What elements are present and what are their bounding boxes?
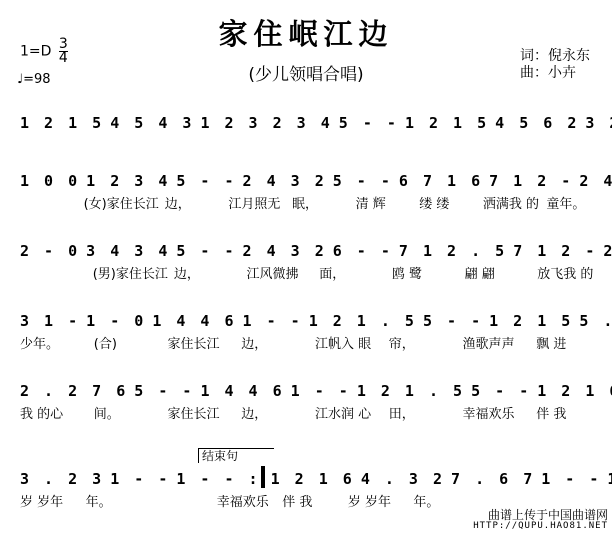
measure: 6 - - <box>327 242 393 260</box>
measure: 2 4 3 . 2 <box>597 242 612 260</box>
measure: 1 - - : <box>170 470 260 488</box>
measure: 1 2 3 2 3 4 <box>194 114 332 132</box>
key-signature: 1=D 3 4 <box>20 38 68 65</box>
measure: 5 - - <box>170 242 236 260</box>
measure: 1 - - <box>285 382 351 400</box>
ending-bracket: 结束句 <box>198 448 274 463</box>
credits: 词：倪永东 曲：小卉 <box>520 48 590 82</box>
measure: 1 - - <box>104 470 170 488</box>
measure: 1 - 0 <box>80 312 146 330</box>
song-title: 家住岷江边 <box>0 12 612 53</box>
measure: 7 1 2 - <box>507 242 597 260</box>
measure: 4 5 4 3 <box>104 114 194 132</box>
lyricist: 词：倪永东 <box>520 48 590 65</box>
measure: 1 0 0 <box>14 172 80 190</box>
lyrics-row-4: 少年。 (合) 家住长江 边， 江帆入 眼 帘， 渔歌声声 飘 进 <box>14 333 604 352</box>
measure: 1 2 1 . 5 <box>303 312 417 330</box>
measure: 5 - - <box>465 382 531 400</box>
measure: 5 - - <box>128 382 194 400</box>
measure: 2 4 3 2 <box>237 242 327 260</box>
measure: 3 . 2 3 <box>14 470 104 488</box>
measure: 1 2 1 5 <box>14 114 104 132</box>
measure: 2 - 0 <box>14 242 80 260</box>
lyrics-row-3: (男)家住长江 边， 江风微拂 面， 鸥 鹭 翩 翩 放飞我 的 <box>14 263 604 282</box>
measure: 5 - - <box>327 172 393 190</box>
watermark-url: HTTP://QUPU.HAO81.NET <box>472 521 608 531</box>
measure: 4 . 3 2 <box>355 470 445 488</box>
measure: 1 2 1 6 <box>265 470 355 488</box>
lyrics-row-2: (女)家住长江 边， 江月照无 眠， 清 辉 缕 缕 洒满我 的 童年。 <box>14 193 604 212</box>
measure: 3 1 - <box>14 312 80 330</box>
measure: 7 1 2 . 5 <box>393 242 507 260</box>
measure: 1 4 4 6 <box>146 312 236 330</box>
score-row-4: 3 1 - 1 - 0 1 4 4 6 1 - - 1 2 1 . 5 5 - … <box>14 306 604 330</box>
time-signature: 3 4 <box>59 38 68 65</box>
measure: 1 2 1 5 <box>483 312 573 330</box>
measure: 1 2 3 4 <box>80 172 170 190</box>
key-label: 1=D <box>20 44 51 60</box>
measure: 2 4 3 2 <box>237 172 327 190</box>
score-row-3: 2 - 0 3 4 3 4 5 - - 2 4 3 2 6 - - 7 1 2 … <box>14 236 604 260</box>
measure: 7 . 6 7 <box>445 470 535 488</box>
measure: 5 - - <box>417 312 483 330</box>
measure: 1 - - <box>237 312 303 330</box>
score-row-2: 1 0 0 1 2 3 4 5 - - 2 4 3 2 5 - - 6 7 1 … <box>14 166 604 190</box>
measure: 4 5 6 2 <box>489 114 579 132</box>
measure: 1 2 1 6 <box>531 382 612 400</box>
measure: 7 1 2 - <box>483 172 573 190</box>
measure: 5 - - <box>333 114 399 132</box>
measure: 5 . 4 3 <box>573 312 612 330</box>
measure: 2 4 3 . 1 <box>573 172 612 190</box>
composer: 曲：小卉 <box>520 65 590 82</box>
measure: 6 7 1 6 <box>393 172 483 190</box>
score-row-6: 3 . 2 3 1 - - 1 - - : 1 2 1 6 4 . 3 2 7 … <box>14 464 604 488</box>
measure: 5 - - <box>170 172 236 190</box>
lyrics-row-5: 我 的心 间。 家住长江 边， 江水润 心 田， 幸福欢乐 伴 我 <box>14 403 604 422</box>
score-row-1: 1 2 1 5 4 5 4 3 1 2 3 2 3 4 5 - - 1 2 1 … <box>14 108 604 132</box>
measure: 2 . 2 7 6 <box>14 382 128 400</box>
measure: 1 2 1 5 <box>399 114 489 132</box>
measure: 3 4 3 4 <box>80 242 170 260</box>
measure: 1 - - <box>535 470 601 488</box>
tempo-marking: ♩=98 <box>17 72 51 87</box>
measure: 1 4 4 6 <box>194 382 284 400</box>
measure: 3 2 1 7 1 2 <box>579 114 612 132</box>
score-row-5: 2 . 2 7 6 5 - - 1 4 4 6 1 - - 1 2 1 . 5 … <box>14 376 604 400</box>
measure: 1 - - <box>601 470 612 488</box>
measure: 1 2 1 . 5 <box>351 382 465 400</box>
